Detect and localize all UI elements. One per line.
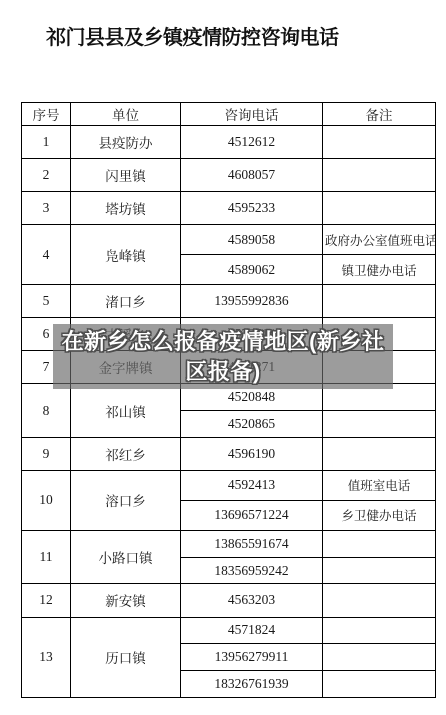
unit-name: 祁山镇 [71,384,181,438]
table-row: 3 塔坊镇 4595233 [22,192,436,225]
note: 值班室电话 [323,470,436,500]
note [323,192,436,225]
row-index: 9 [22,437,71,470]
note [323,437,436,470]
note [323,126,436,159]
table-row: 10 溶口乡 4592413 值班室电话 [22,470,436,500]
column-header-index: 序号 [22,103,71,126]
phone-number: 13956279911 [181,644,323,671]
row-index: 10 [22,470,71,530]
phone-number: 4563203 [181,584,323,617]
row-index: 4 [22,225,71,285]
column-header-unit: 单位 [71,103,181,126]
phone-number: 4512612 [181,126,323,159]
table-row: 4 凫峰镇 4589058 政府办公室值班电话 [22,225,436,255]
watermark-text-line2: 区报备) [185,357,260,387]
note [323,557,436,584]
table-row: 13 历口镇 4571824 [22,617,436,644]
note [323,584,436,617]
note [323,644,436,671]
unit-name: 溶口乡 [71,470,181,530]
note [323,530,436,557]
row-index: 13 [22,617,71,698]
note [323,411,436,438]
phone-number: 4571824 [181,617,323,644]
row-index: 12 [22,584,71,617]
note: 政府办公室值班电话 [323,225,436,255]
unit-name: 小路口镇 [71,530,181,584]
phone-number: 13696571224 [181,500,323,530]
row-index: 11 [22,530,71,584]
table-row: 2 闪里镇 4608057 [22,159,436,192]
column-header-note: 备注 [323,103,436,126]
note [323,617,436,644]
unit-name: 闪里镇 [71,159,181,192]
watermark-overlay: 在新乡怎么报备疫情地区(新乡社 区报备) [53,324,393,389]
row-index: 2 [22,159,71,192]
page-title: 祁门县县及乡镇疫情防控咨询电话 [46,21,339,50]
unit-name: 塔坊镇 [71,192,181,225]
table-row: 9 祁红乡 4596190 [22,437,436,470]
table-row: 1 县疫防办 4512612 [22,126,436,159]
phone-number: 13865591674 [181,530,323,557]
note [323,285,436,318]
unit-name: 历口镇 [71,617,181,698]
row-index: 8 [22,384,71,438]
row-index: 3 [22,192,71,225]
phone-number: 4608057 [181,159,323,192]
phone-number: 18356959242 [181,557,323,584]
unit-name: 祁红乡 [71,437,181,470]
column-header-phone: 咨询电话 [181,103,323,126]
note: 乡卫健办电话 [323,500,436,530]
unit-name: 凫峰镇 [71,225,181,285]
table-row: 11 小路口镇 13865591674 [22,530,436,557]
table-row: 12 新安镇 4563203 [22,584,436,617]
note [323,159,436,192]
phone-number: 18326761939 [181,671,323,698]
note: 镇卫健办电话 [323,255,436,285]
row-index: 5 [22,285,71,318]
phone-number: 4589062 [181,255,323,285]
unit-name: 县疫防办 [71,126,181,159]
note [323,671,436,698]
unit-name: 渚口乡 [71,285,181,318]
row-index: 1 [22,126,71,159]
phone-number: 13955992836 [181,285,323,318]
watermark-text-line1: 在新乡怎么报备疫情地区(新乡社 [62,327,385,357]
phone-number: 4520865 [181,411,323,438]
phone-directory-table: 序号 单位 咨询电话 备注 1 县疫防办 4512612 2 闪里镇 46080… [21,102,436,698]
phone-number: 4589058 [181,225,323,255]
phone-number: 4596190 [181,437,323,470]
unit-name: 新安镇 [71,584,181,617]
table-row: 5 渚口乡 13955992836 [22,285,436,318]
phone-number: 4595233 [181,192,323,225]
table-header-row: 序号 单位 咨询电话 备注 [22,103,436,126]
phone-number: 4592413 [181,470,323,500]
